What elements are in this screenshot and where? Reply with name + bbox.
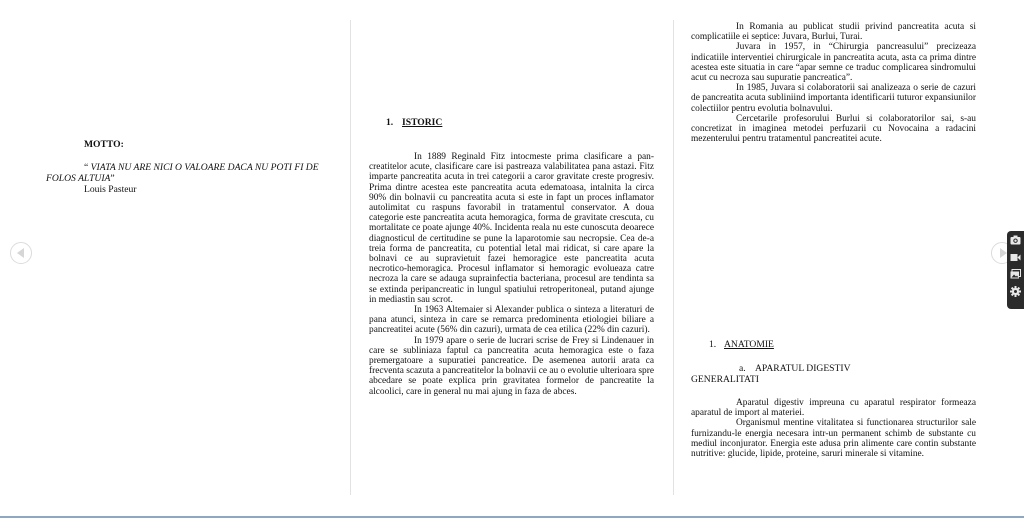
chevron-left-icon — [17, 248, 24, 258]
generalitati-text: Aparatul digestiv impreuna cu aparatul r… — [691, 398, 976, 459]
romania-text: In Romania au publicat studii privind pa… — [691, 22, 976, 144]
camera-icon — [1010, 235, 1021, 245]
video-button[interactable] — [1009, 250, 1022, 264]
gallery-button[interactable] — [1009, 267, 1022, 281]
heading-number: 1. — [709, 339, 724, 350]
istoric-text: In 1889 Reginald Fitz intocmeste prima c… — [369, 152, 654, 397]
subheading-aparatul-digestiv: a.APARATUL DIGESTIV GENERALITATI — [691, 363, 851, 385]
paragraph: In 1963 Altemaier si Alexander publica o… — [369, 305, 654, 336]
sub-number: a. — [739, 363, 755, 374]
quote-open: “ — [84, 162, 91, 173]
camera-button[interactable] — [1009, 233, 1022, 247]
paragraph: In 1889 Reginald Fitz intocmeste prima c… — [369, 152, 654, 305]
heading-text: ANATOMIE — [724, 339, 774, 350]
motto-quote: “ VIATA NU ARE NICI O VALOARE DACA NU PO… — [46, 162, 346, 184]
page-left: MOTTO: “ VIATA NU ARE NICI O VALOARE DAC… — [0, 0, 350, 495]
heading-anatomie: 1.ANATOMIE — [709, 339, 774, 350]
paragraph: Aparatul digestiv impreuna cu aparatul r… — [691, 398, 976, 418]
quote-close: ” — [110, 173, 114, 184]
settings-button[interactable] — [1009, 284, 1022, 298]
gallery-icon — [1010, 269, 1021, 279]
motto-block: MOTTO: “ VIATA NU ARE NICI O VALOARE DAC… — [46, 139, 346, 195]
prev-page-button[interactable] — [10, 242, 32, 264]
motto-author: Louis Pasteur — [46, 184, 346, 195]
heading-number: 1. — [386, 117, 402, 128]
video-icon — [1010, 253, 1021, 262]
paragraph: Cercetarile profesorului Burlui si colab… — [691, 114, 976, 145]
paragraph: Organismul mentine vitalitatea si functi… — [691, 418, 976, 459]
heading-text: ISTORIC — [402, 117, 442, 128]
heading-istoric: 1.ISTORIC — [386, 117, 442, 128]
gear-icon — [1010, 286, 1021, 297]
chevron-right-icon — [1000, 248, 1007, 258]
paragraph: In 1985, Juvara si colaboratorii sai ana… — [691, 83, 976, 114]
side-toolbar — [1007, 231, 1024, 309]
page-middle: 1.ISTORIC In 1889 Reginald Fitz intocmes… — [351, 0, 673, 495]
motto-title: MOTTO: — [46, 139, 346, 150]
paragraph: Juvara in 1957, in “Chirurgia pancreasul… — [691, 42, 976, 83]
sub-line2: GENERALITATI — [691, 374, 851, 385]
paragraph: In 1979 apare o serie de lucrari scrise … — [369, 336, 654, 397]
paragraph: In Romania au publicat studii privind pa… — [691, 22, 976, 42]
sub-text: APARATUL DIGESTIV — [755, 363, 851, 374]
